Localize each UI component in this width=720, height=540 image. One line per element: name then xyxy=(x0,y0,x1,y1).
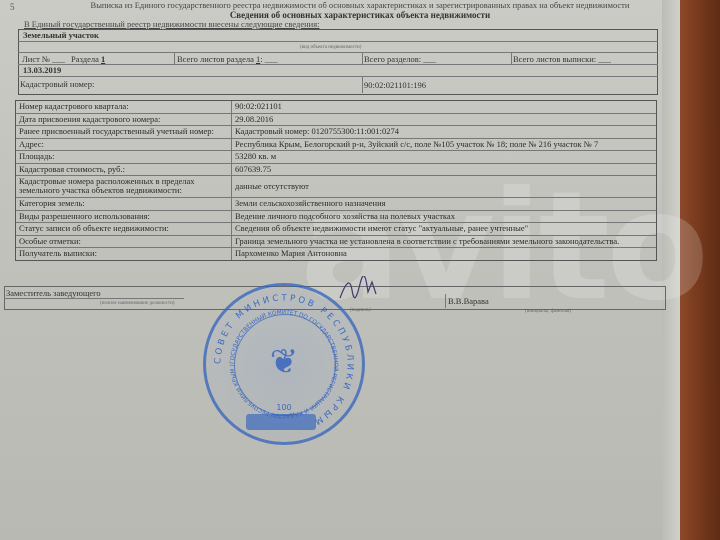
property-row: Дата присвоения кадастрового номера:29.0… xyxy=(16,114,656,127)
property-value: 29.08.2016 xyxy=(232,114,656,126)
property-label: Категория земель: xyxy=(16,198,232,210)
property-value: Пархоменко Мария Антоновна xyxy=(232,248,656,260)
property-label: Кадастровые номера расположенных в преде… xyxy=(16,176,232,197)
cadastral-number-label: Кадастровый номер: xyxy=(20,79,94,89)
object-type-caption: (вид объекта недвижимости) xyxy=(300,45,361,50)
property-value: Кадастровый номер: 0120755300:11:001:027… xyxy=(232,126,656,138)
property-value: 90:02:021101 xyxy=(232,101,656,113)
signer-position: Заместитель заведующего xyxy=(6,288,101,298)
property-row: Адрес:Республика Крым, Белогорский р-н, … xyxy=(16,139,656,152)
object-type: Земельный участок xyxy=(23,30,99,40)
property-label: Площадь: xyxy=(16,151,232,163)
property-label: Кадастровая стоимость, руб.: xyxy=(16,164,232,176)
signer-name: В.В.Варава xyxy=(448,296,489,306)
name-caption: (инициалы, фамилия) xyxy=(525,309,571,314)
property-row: Кадастровая стоимость, руб.:607639.75 xyxy=(16,164,656,177)
extract-header: Выписка из Единого государственного реес… xyxy=(40,0,680,10)
property-row: Кадастровые номера расположенных в преде… xyxy=(16,176,656,198)
property-label: Номер кадастрового квартала: xyxy=(16,101,232,113)
stamp-blot xyxy=(246,414,316,430)
property-label: Адрес: xyxy=(16,139,232,151)
page-number: 5 xyxy=(10,2,15,12)
official-stamp: СОВЕТ МИНИСТРОВ РЕСПУБЛИКИ КРЫМ ГОСУДАРС… xyxy=(203,283,365,445)
wooden-table-background xyxy=(680,0,720,540)
property-row: Номер кадастрового квартала:90:02:021101 xyxy=(16,101,656,114)
property-value: 607639.75 xyxy=(232,164,656,176)
property-row: Статус записи об объекте недвижимости:Св… xyxy=(16,223,656,236)
property-label: Особые отметки: xyxy=(16,236,232,248)
property-label: Статус записи об объекте недвижимости: xyxy=(16,223,232,235)
property-label: Получатель выписки: xyxy=(16,248,232,260)
property-value: Республика Крым, Белогорский р-н, Зуйски… xyxy=(232,139,656,151)
extract-date: 13.03.2019 xyxy=(23,65,61,75)
total-sections: Всего разделов: ___ xyxy=(364,54,436,64)
property-value: данные отсутствуют xyxy=(232,176,656,197)
property-row: Площадь:53280 кв. м xyxy=(16,151,656,164)
property-label: Ранее присвоенный государственный учетны… xyxy=(16,126,232,138)
double-headed-eagle-icon: ❦ xyxy=(270,342,299,382)
property-value: Сведения об объекте недвижимости имеют с… xyxy=(232,223,656,235)
intro-line: В Единый государственный реестр недвижим… xyxy=(24,19,320,29)
total-sheets-extract: Всего листов выписки: ___ xyxy=(513,54,611,64)
property-row: Ранее присвоенный государственный учетны… xyxy=(16,126,656,139)
sheet-number: Лист № ___ Раздела 1 xyxy=(22,54,105,64)
total-sheets-section: Всего листов раздела 1: ___ xyxy=(177,54,278,64)
property-label: Дата присвоения кадастрового номера: xyxy=(16,114,232,126)
property-value: Ведение личного подсобного хозяйства на … xyxy=(232,211,656,223)
property-row: Особые отметки:Граница земельного участк… xyxy=(16,236,656,249)
property-row: Виды разрешенного использования:Ведение … xyxy=(16,211,656,224)
position-caption: (полное наименование должности) xyxy=(100,301,174,306)
cadastral-number-value: 90:02:021101:196 xyxy=(364,80,426,90)
property-value: 53280 кв. м xyxy=(232,151,656,163)
stamp-number: 100 xyxy=(276,403,291,412)
property-row: Категория земель:Земли сельскохозяйствен… xyxy=(16,198,656,211)
property-characteristics-table: Номер кадастрового квартала:90:02:021101… xyxy=(15,100,657,261)
property-value: Земли сельскохозяйственного назначения xyxy=(232,198,656,210)
paper-edge xyxy=(662,0,680,540)
property-row: Получатель выписки:Пархоменко Мария Анто… xyxy=(16,248,656,260)
property-label: Виды разрешенного использования: xyxy=(16,211,232,223)
property-value: Граница земельного участка не установлен… xyxy=(232,236,656,248)
